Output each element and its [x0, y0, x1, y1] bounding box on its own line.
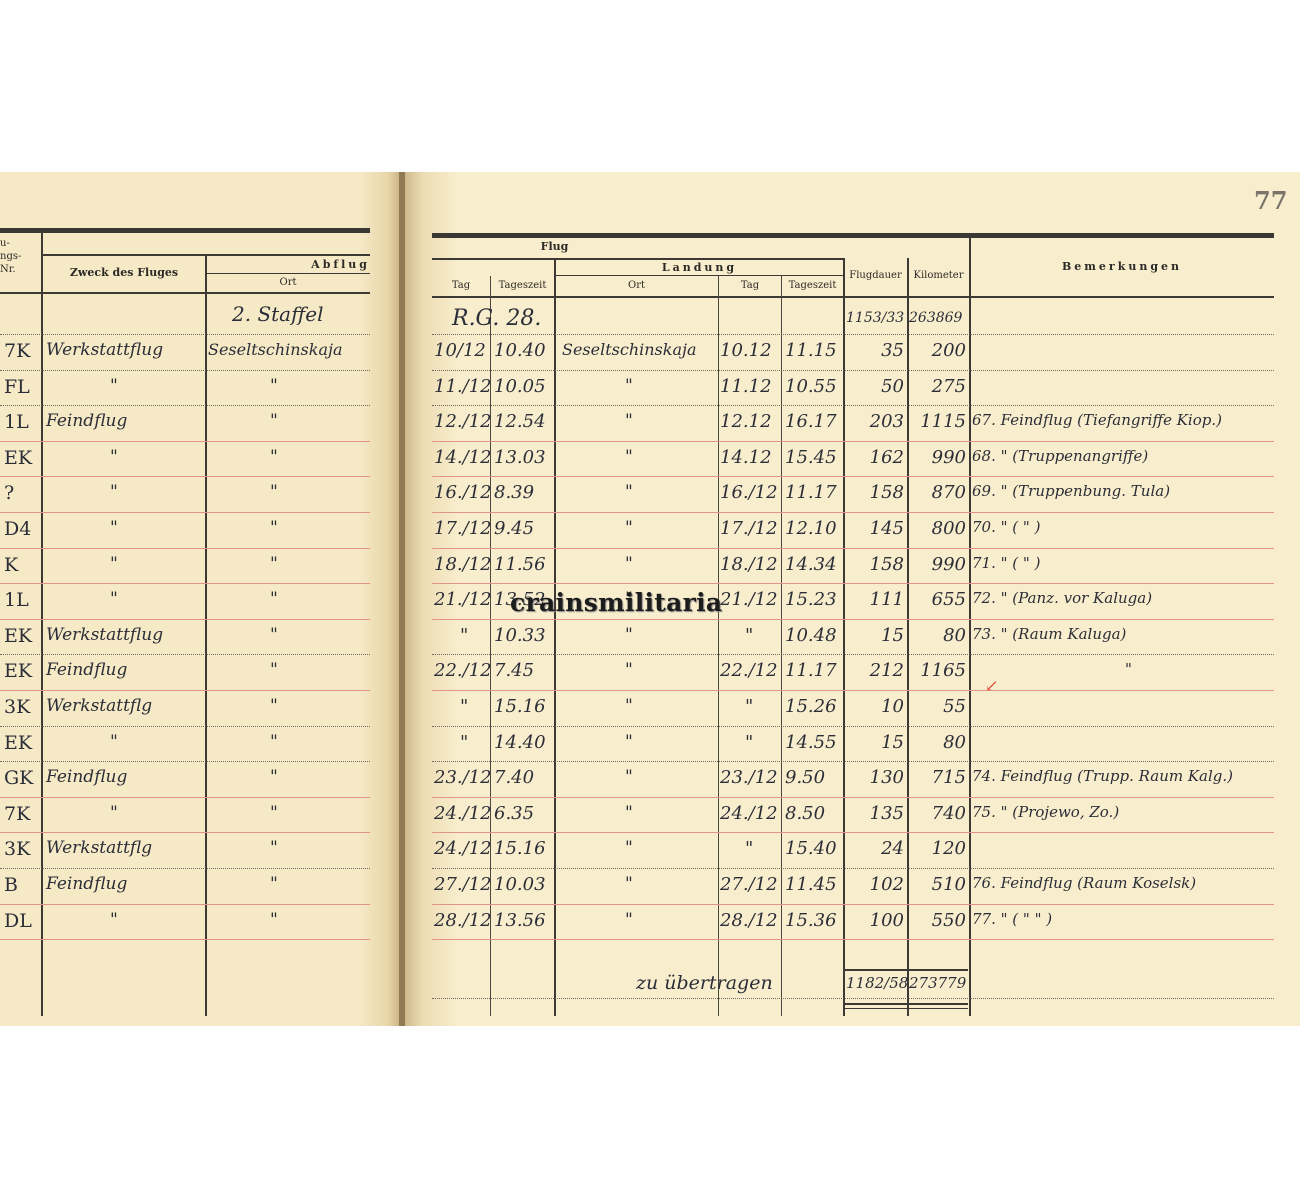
row-rule — [0, 583, 370, 584]
row-nr-fragment: EK — [4, 625, 32, 647]
row-flugdauer: 15 — [856, 732, 904, 753]
row-tag: 24./12 — [434, 803, 492, 824]
row-bemerkung: 70. " ( " ) — [972, 518, 1040, 536]
row-abflug-ort: " — [270, 767, 278, 787]
row-landung-tag: " — [745, 838, 753, 859]
row-kilometer: 1165 — [912, 660, 966, 681]
row-kilometer: 80 — [912, 732, 966, 753]
row-nr-fragment: K — [4, 554, 18, 576]
row-tag: 28./12 — [434, 910, 492, 931]
row-landung-ort: " — [625, 518, 633, 538]
row-tag: 16./12 — [434, 482, 492, 503]
row-rule — [432, 334, 1274, 335]
row-nr-fragment: EK — [4, 732, 32, 754]
row-kilometer: 740 — [912, 803, 966, 824]
row-rule — [0, 405, 370, 406]
row-kilometer: 800 — [912, 518, 966, 539]
flug-header: Flug — [432, 240, 677, 253]
row-flugdauer: 130 — [856, 767, 904, 788]
row-abflug-ort: " — [270, 732, 278, 752]
left-header-bottom-rule — [0, 292, 370, 294]
row-flugdauer: 212 — [856, 660, 904, 681]
row-flugdauer: 135 — [856, 803, 904, 824]
row-nr-fragment: DL — [4, 910, 32, 932]
bemerkungen-header: Bemerkungen — [970, 260, 1274, 273]
row-tag: 14./12 — [434, 447, 492, 468]
row-landung-tag: 24./12 — [720, 803, 778, 824]
row-flugdauer: 203 — [856, 411, 904, 432]
carry-over-kilometer: 263869 — [909, 310, 962, 326]
row-tag: 24./12 — [434, 838, 492, 859]
row-kilometer: 275 — [912, 376, 966, 397]
row-rule — [0, 726, 370, 727]
row-tageszeit: 10.03 — [494, 874, 546, 895]
row-landung-ort: " — [625, 411, 633, 431]
row-flugdauer: 15 — [856, 625, 904, 646]
row-rule — [0, 939, 370, 940]
row-landung-tageszeit: 15.23 — [785, 589, 837, 610]
row-tageszeit: 7.40 — [494, 767, 534, 788]
row-landung-ort: " — [625, 838, 633, 858]
row-flugdauer: 102 — [856, 874, 904, 895]
row-landung-ort: Seseltschinskaja — [562, 340, 697, 359]
row-landung-ort: " — [625, 482, 633, 502]
row-landung-tageszeit: 11.17 — [785, 482, 837, 503]
carry-over-label: R.G. 28. — [452, 306, 541, 331]
row-tageszeit: 13.56 — [494, 910, 546, 931]
row-bemerkung: 76. Feindflug (Raum Koselsk) — [972, 874, 1196, 892]
row-abflug-ort: " — [270, 554, 278, 574]
row-zweck: Feindflug — [46, 767, 127, 787]
row-abflug-ort: " — [270, 411, 278, 431]
row-landung-ort: " — [625, 554, 633, 574]
row-abflug-ort: " — [270, 803, 278, 823]
row-flugdauer: 10 — [856, 696, 904, 717]
row-bemerkung: 68. " (Truppenangriffe) — [972, 447, 1148, 465]
row-landung-ort: " — [625, 660, 633, 680]
row-zweck: " — [110, 376, 118, 396]
row-nr-fragment: EK — [4, 660, 32, 682]
row-kilometer: 715 — [912, 767, 966, 788]
row-landung-tag: " — [745, 732, 753, 753]
row-flugdauer: 145 — [856, 518, 904, 539]
nr-header-fragment-2: ngs- — [0, 251, 30, 262]
carry-over-flugdauer: 1153/33 — [846, 310, 904, 326]
row-tag: " — [460, 732, 468, 753]
book-gutter — [399, 172, 405, 1026]
row-zweck: Werkstattflug — [46, 625, 163, 645]
row-rule — [0, 868, 370, 869]
row-kilometer: 120 — [912, 838, 966, 859]
row-rule — [0, 476, 370, 477]
row-nr-fragment: 1L — [4, 589, 29, 611]
kilometer-header: Kilometer — [908, 270, 969, 281]
row-nr-fragment: 7K — [4, 803, 30, 825]
row-tageszeit: 10.05 — [494, 376, 546, 397]
row-landung-tageszeit: 12.10 — [785, 518, 837, 539]
row-landung-tag: 23./12 — [720, 767, 778, 788]
row-nr-fragment: 3K — [4, 838, 30, 860]
row-abflug-ort: " — [270, 482, 278, 502]
row-flugdauer: 162 — [856, 447, 904, 468]
row-zweck: Feindflug — [46, 660, 127, 680]
row-landung-tageszeit: 14.34 — [785, 554, 837, 575]
row-landung-tageszeit: 15.36 — [785, 910, 837, 931]
red-arrow-mark: ↙ — [985, 676, 998, 695]
row-abflug-ort: " — [270, 376, 278, 396]
row-landung-tageszeit: 16.17 — [785, 411, 837, 432]
row-rule — [432, 619, 1274, 620]
row-abflug-ort: Seseltschinskaja — [208, 340, 343, 359]
row-landung-tageszeit: 15.26 — [785, 696, 837, 717]
right-header-bottom-rule — [432, 296, 1274, 298]
row-bemerkung: 74. Feindflug (Trupp. Raum Kalg.) — [972, 767, 1233, 785]
landung-subrule — [555, 275, 844, 276]
left-top-rule — [0, 228, 370, 233]
row-bemerkung: 67. Feindflug (Tiefangriffe Kiop.) — [972, 411, 1222, 429]
row-rule — [432, 370, 1274, 371]
row-nr-fragment: B — [4, 874, 18, 896]
row-landung-ort: " — [625, 625, 633, 645]
row-rule — [0, 761, 370, 762]
flug-header-rule — [432, 258, 844, 260]
row-nr-fragment: GK — [4, 767, 33, 789]
row-rule — [432, 476, 1274, 477]
row-rule — [0, 548, 370, 549]
row-landung-tag: 14.12 — [720, 447, 772, 468]
row-rule — [0, 832, 370, 833]
row-tageszeit: 7.45 — [494, 660, 534, 681]
total-flugdauer: 1182/58 — [846, 974, 908, 992]
row-tageszeit: 9.45 — [494, 518, 534, 539]
row-rule — [0, 904, 370, 905]
total-double-rule-2 — [844, 1008, 968, 1009]
page-number: 77 — [1254, 186, 1287, 215]
row-kilometer: 200 — [912, 340, 966, 361]
row-nr-fragment: EK — [4, 447, 32, 469]
row-tageszeit: 10.33 — [494, 625, 546, 646]
row-landung-tageszeit: 11.17 — [785, 660, 837, 681]
row-abflug-ort: " — [270, 447, 278, 467]
row-landung-tag: 16./12 — [720, 482, 778, 503]
row-landung-tageszeit: 15.40 — [785, 838, 837, 859]
row-landung-tageszeit: 8.50 — [785, 803, 825, 824]
row-tageszeit: 15.16 — [494, 838, 546, 859]
row-rule — [432, 441, 1274, 442]
row-kilometer: 1115 — [912, 411, 966, 432]
abflug-ort-header: Ort — [206, 277, 370, 288]
row-flugdauer: 24 — [856, 838, 904, 859]
zweck-header: Zweck des Fluges — [42, 266, 206, 279]
watermark: crainsmilitaria — [510, 588, 722, 617]
row-kilometer: 870 — [912, 482, 966, 503]
row-abflug-ort: " — [270, 696, 278, 716]
left-col-divider-1 — [41, 232, 43, 1016]
row-landung-tageszeit: 9.50 — [785, 767, 825, 788]
row-abflug-ort: " — [270, 589, 278, 609]
row-kilometer: 990 — [912, 554, 966, 575]
row-abflug-ort: " — [270, 838, 278, 858]
row-landung-tag: 21./12 — [720, 589, 778, 610]
landung-header: Landung — [555, 261, 844, 274]
nr-header-fragment-3: Nr. — [0, 264, 30, 275]
row-nr-fragment: 7K — [4, 340, 30, 362]
row-zweck: " — [110, 910, 118, 930]
row-zweck: " — [110, 803, 118, 823]
row-abflug-ort: " — [270, 660, 278, 680]
row-rule — [0, 797, 370, 798]
row-rule — [0, 334, 370, 335]
landung-tag-header: Tag — [719, 280, 781, 291]
row-kilometer: 55 — [912, 696, 966, 717]
row-tageszeit: 8.39 — [494, 482, 534, 503]
row-rule — [432, 726, 1274, 727]
col-zeit-divider — [554, 258, 556, 1016]
row-landung-ort: " — [625, 376, 633, 396]
row-tag: 18./12 — [434, 554, 492, 575]
col-lzeit-divider — [843, 258, 845, 1016]
row-nr-fragment: ? — [4, 482, 14, 504]
row-tageszeit: 11.56 — [494, 554, 546, 575]
row-tag: 11./12 — [434, 376, 492, 397]
row-landung-tageszeit: 10.48 — [785, 625, 837, 646]
row-landung-tageszeit: 11.15 — [785, 340, 837, 361]
row-zweck: " — [110, 482, 118, 502]
row-zweck: " — [110, 554, 118, 574]
row-tag: 17./12 — [434, 518, 492, 539]
row-kilometer: 990 — [912, 447, 966, 468]
left-page — [0, 172, 400, 1026]
row-tag: 10/12 — [434, 340, 486, 361]
tag-header: Tag — [432, 280, 490, 291]
row-landung-tag: 18./12 — [720, 554, 778, 575]
total-kilometer: 273779 — [909, 974, 966, 992]
row-landung-ort: " — [625, 447, 633, 467]
row-landung-tag: " — [745, 696, 753, 717]
row-rule — [0, 654, 370, 655]
total-row-rule — [432, 998, 1274, 999]
row-bemerkung: 75. " (Projewo, Zo.) — [972, 803, 1119, 821]
row-zweck: Werkstattflug — [46, 340, 163, 360]
row-rule — [0, 370, 370, 371]
row-rule — [432, 654, 1274, 655]
row-tag: 27./12 — [434, 874, 492, 895]
row-rule — [0, 619, 370, 620]
abflug-header: Abflug — [206, 258, 370, 271]
row-tag: 22./12 — [434, 660, 492, 681]
row-landung-tag: 22./12 — [720, 660, 778, 681]
row-nr-fragment: 3K — [4, 696, 30, 718]
row-tag: 12./12 — [434, 411, 492, 432]
row-landung-ort: " — [625, 910, 633, 930]
row-zweck: Feindflug — [46, 411, 127, 431]
row-rule — [432, 797, 1274, 798]
row-bemerkung: 77. " ( " " ) — [972, 910, 1052, 928]
row-flugdauer: 35 — [856, 340, 904, 361]
row-landung-tageszeit: 11.45 — [785, 874, 837, 895]
row-kilometer: 550 — [912, 910, 966, 931]
nr-header-fragment-1: u- — [0, 238, 14, 249]
row-rule — [432, 690, 1274, 691]
row-tag: " — [460, 696, 468, 717]
row-rule — [432, 548, 1274, 549]
row-rule — [432, 583, 1274, 584]
row-tag: " — [460, 625, 468, 646]
row-flugdauer: 100 — [856, 910, 904, 931]
row-landung-tag: 27./12 — [720, 874, 778, 895]
row-bemerkung: 71. " ( " ) — [972, 554, 1040, 572]
row-rule — [432, 832, 1274, 833]
total-double-rule-1 — [844, 1003, 968, 1005]
row-landung-tag: 17./12 — [720, 518, 778, 539]
total-top-rule — [844, 969, 968, 971]
row-bemerkung: 69. " (Truppenbung. Tula) — [972, 482, 1170, 500]
row-landung-ort: " — [625, 767, 633, 787]
row-nr-fragment: FL — [4, 376, 30, 398]
row-abflug-ort: " — [270, 625, 278, 645]
row-landung-ort: " — [625, 696, 633, 716]
left-col-divider-2 — [205, 254, 207, 1016]
row-rule — [0, 690, 370, 691]
row-landung-tag: 11.12 — [720, 376, 772, 397]
col-km-divider — [969, 236, 971, 1016]
row-zweck: Werkstattflg — [46, 838, 152, 858]
row-bemerkung: 72. " (Panz. vor Kaluga) — [972, 589, 1152, 607]
row-tag: 21./12 — [434, 589, 492, 610]
row-tageszeit: 10.40 — [494, 340, 546, 361]
landung-ort-header: Ort — [555, 280, 718, 291]
row-kilometer: 510 — [912, 874, 966, 895]
row-bemerkung: " — [1125, 660, 1132, 678]
abflug-subrule — [206, 273, 370, 274]
row-kilometer: 80 — [912, 625, 966, 646]
row-landung-tag: 10.12 — [720, 340, 772, 361]
row-rule — [432, 868, 1274, 869]
row-kilometer: 655 — [912, 589, 966, 610]
row-tageszeit: 15.16 — [494, 696, 546, 717]
row-landung-tag: 12.12 — [720, 411, 772, 432]
flugdauer-header: Flugdauer — [844, 270, 907, 281]
row-zweck: " — [110, 732, 118, 752]
row-flugdauer: 111 — [856, 589, 904, 610]
row-rule — [432, 512, 1274, 513]
tageszeit-header: Tageszeit — [491, 280, 554, 291]
row-tag: 23./12 — [434, 767, 492, 788]
row-landung-tageszeit: 14.55 — [785, 732, 837, 753]
row-rule — [432, 904, 1274, 905]
row-landung-ort: " — [625, 874, 633, 894]
row-landung-tag: 28./12 — [720, 910, 778, 931]
row-tageszeit: 6.35 — [494, 803, 534, 824]
row-flugdauer: 158 — [856, 482, 904, 503]
row-rule — [0, 512, 370, 513]
row-tageszeit: 13.03 — [494, 447, 546, 468]
row-rule — [432, 939, 1274, 940]
row-landung-ort: " — [625, 803, 633, 823]
row-abflug-ort: " — [270, 874, 278, 894]
col-dauer-divider — [907, 258, 909, 1016]
row-landung-tageszeit: 15.45 — [785, 447, 837, 468]
row-abflug-ort: " — [270, 518, 278, 538]
landung-tageszeit-header: Tageszeit — [782, 280, 843, 291]
row-landung-tageszeit: 10.55 — [785, 376, 837, 397]
row-zweck: " — [110, 447, 118, 467]
row-landung-ort: " — [625, 732, 633, 752]
col-lort-divider — [718, 276, 719, 1016]
row-zweck: " — [110, 589, 118, 609]
row-rule — [432, 761, 1274, 762]
total-label: zu übertragen — [636, 972, 773, 994]
col-ltag-divider — [781, 276, 782, 1016]
row-tageszeit: 14.40 — [494, 732, 546, 753]
row-bemerkung: 73. " (Raum Kaluga) — [972, 625, 1126, 643]
row-zweck: Feindflug — [46, 874, 127, 894]
row-abflug-ort: " — [270, 910, 278, 930]
carry-over-staffel: 2. Staffel — [232, 302, 324, 326]
row-nr-fragment: 1L — [4, 411, 29, 433]
row-zweck: " — [110, 518, 118, 538]
row-flugdauer: 50 — [856, 376, 904, 397]
row-tageszeit: 12.54 — [494, 411, 546, 432]
row-zweck: Werkstattflg — [46, 696, 152, 716]
row-rule — [0, 441, 370, 442]
right-top-rule — [432, 233, 1274, 238]
row-nr-fragment: D4 — [4, 518, 31, 540]
row-flugdauer: 158 — [856, 554, 904, 575]
row-rule — [432, 405, 1274, 406]
row-landung-tag: " — [745, 625, 753, 646]
